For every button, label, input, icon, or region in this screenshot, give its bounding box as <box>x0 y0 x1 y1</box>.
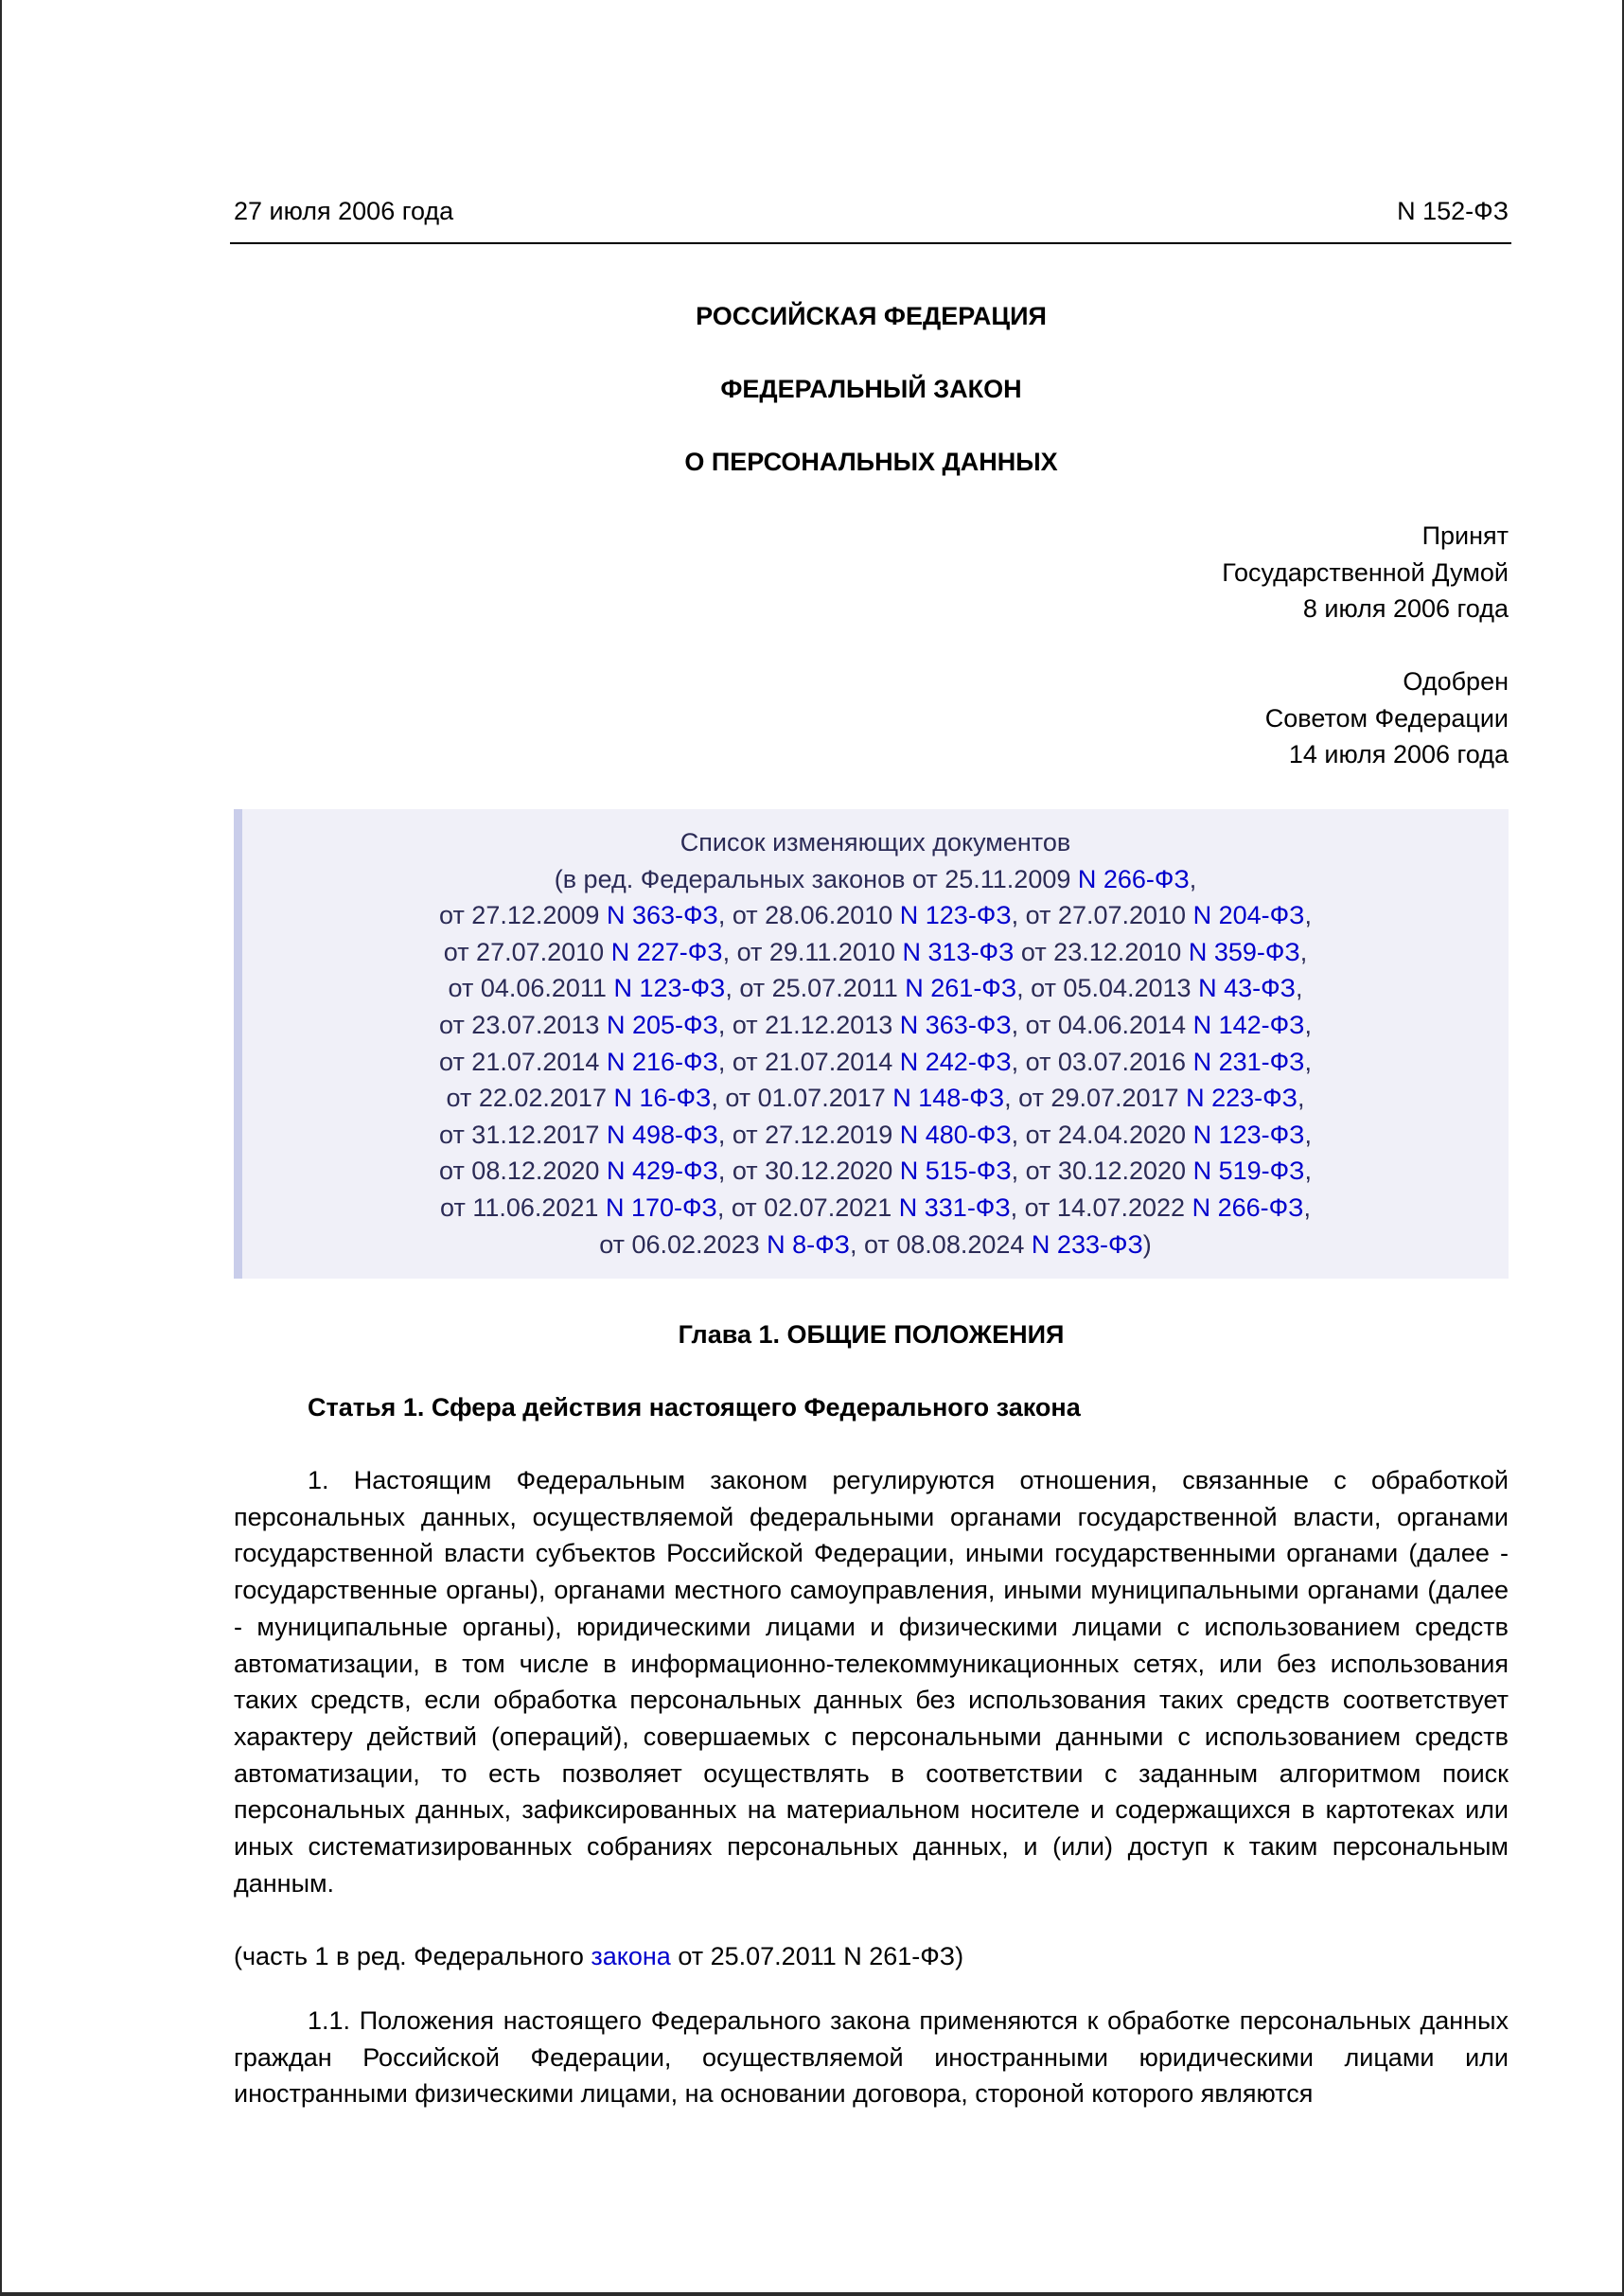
amendments-text: , <box>1297 1084 1305 1112</box>
amending-law-link[interactable]: N 331-ФЗ <box>899 1193 1011 1222</box>
amending-law-link[interactable]: N 266-ФЗ <box>1078 865 1190 893</box>
amendments-text: , от 25.07.2011 <box>725 974 905 1002</box>
amendments-line: от 04.06.2011 N 123-ФЗ, от 25.07.2011 N … <box>242 970 1509 1007</box>
amendments-text: , от 03.07.2016 <box>1012 1048 1193 1076</box>
amendments-text: , от 01.07.2017 <box>711 1084 892 1112</box>
amending-law-link[interactable]: N 123-ФЗ <box>1193 1121 1305 1149</box>
amendments-text: от 04.06.2011 <box>449 974 614 1002</box>
amendments-text: , от 02.07.2021 <box>717 1193 899 1222</box>
approved-by-council: Одобрен Советом Федерации 14 июля 2006 г… <box>234 663 1509 773</box>
article-heading: Статья 1. Сфера действия настоящего Феде… <box>308 1388 1081 1426</box>
note-text: (часть 1 в ред. Федерального <box>234 1942 591 1970</box>
paragraph-1-edit-note: (часть 1 в ред. Федерального закона от 2… <box>234 1938 1509 1975</box>
amending-law-link[interactable]: N 43-ФЗ <box>1198 974 1296 1002</box>
amendments-text: , от 29.07.2017 <box>1004 1084 1186 1112</box>
amending-law-link[interactable]: N 359-ФЗ <box>1189 938 1300 966</box>
amendments-text: , от 14.07.2022 <box>1011 1193 1192 1222</box>
amending-law-link[interactable]: N 363-ФЗ <box>607 901 718 929</box>
law-date: 27 июля 2006 года <box>234 192 453 230</box>
amending-law-link[interactable]: N 515-ФЗ <box>900 1157 1012 1185</box>
amendments-text: , от 28.06.2010 <box>718 901 900 929</box>
amendments-text: , <box>1304 901 1312 929</box>
amendments-text: , от 29.11.2010 <box>723 938 903 966</box>
amendments-line: от 22.02.2017 N 16-ФЗ, от 01.07.2017 N 1… <box>242 1080 1509 1117</box>
amending-law-link[interactable]: N 216-ФЗ <box>607 1048 718 1076</box>
chapter-heading: Глава 1. ОБЩИЕ ПОЛОЖЕНИЯ <box>234 1316 1509 1353</box>
amending-law-link[interactable]: N 170-ФЗ <box>606 1193 717 1222</box>
amendments-text: , <box>1303 1193 1311 1222</box>
amendments-text: от 22.02.2017 <box>447 1084 614 1112</box>
amending-law-link[interactable]: N 266-ФЗ <box>1192 1193 1304 1222</box>
amendments-text: , от 21.07.2014 <box>718 1048 900 1076</box>
amendments-text: , от 30.12.2020 <box>718 1157 900 1185</box>
approved-body: Советом Федерации <box>234 700 1509 737</box>
amendments-text: , от 27.12.2019 <box>718 1121 900 1149</box>
amendments-line: от 31.12.2017 N 498-ФЗ, от 27.12.2019 N … <box>242 1117 1509 1154</box>
amending-law-link[interactable]: N 242-ФЗ <box>900 1048 1012 1076</box>
amendments-text: , от 05.04.2013 <box>1016 974 1198 1002</box>
adopted-date: 8 июля 2006 года <box>234 591 1509 627</box>
amendments-text: от 08.12.2020 <box>439 1157 607 1185</box>
amending-law-link[interactable]: N 231-ФЗ <box>1193 1048 1305 1076</box>
amending-law-link[interactable]: N 313-ФЗ <box>903 938 1015 966</box>
amending-law-link[interactable]: N 223-ФЗ <box>1186 1084 1297 1112</box>
amendments-text: от 27.12.2009 <box>439 901 607 929</box>
amendments-text: , от 24.04.2020 <box>1012 1121 1193 1149</box>
amendments-text: от 31.12.2017 <box>439 1121 607 1149</box>
adopted-label: Принят <box>234 518 1509 555</box>
amendments-text: ) <box>1143 1230 1152 1259</box>
amendments-text: , <box>1304 1121 1312 1149</box>
note-text: от 25.07.2011 N 261-ФЗ) <box>671 1942 963 1970</box>
amendments-text: от 06.02.2023 <box>599 1230 767 1259</box>
amendments-line: от 11.06.2021 N 170-ФЗ, от 02.07.2021 N … <box>242 1190 1509 1227</box>
amendments-text: от 23.07.2013 <box>439 1011 607 1039</box>
amendments-text: , <box>1300 938 1308 966</box>
amendments-text: (в ред. Федеральных законов от 25.11.200… <box>555 865 1078 893</box>
amendments-text: , от 30.12.2020 <box>1012 1157 1193 1185</box>
amending-law-link[interactable]: N 142-ФЗ <box>1193 1011 1305 1039</box>
amendments-box: Список изменяющих документов (в ред. Фед… <box>234 809 1509 1279</box>
amending-law-link[interactable]: N 233-ФЗ <box>1032 1230 1143 1259</box>
amendments-line: от 08.12.2020 N 429-ФЗ, от 30.12.2020 N … <box>242 1153 1509 1190</box>
amendments-text: , <box>1304 1157 1312 1185</box>
approved-label: Одобрен <box>234 663 1509 700</box>
adopted-body: Государственной Думой <box>234 555 1509 592</box>
amending-law-link[interactable]: N 8-ФЗ <box>767 1230 850 1259</box>
amending-law-link[interactable]: N 261-ФЗ <box>905 974 1016 1002</box>
law-link[interactable]: закона <box>591 1942 670 1970</box>
amending-law-link[interactable]: N 123-ФЗ <box>900 901 1012 929</box>
document-header: 27 июля 2006 года N 152-ФЗ <box>234 192 1509 230</box>
amending-law-link[interactable]: N 498-ФЗ <box>607 1121 718 1149</box>
law-number: N 152-ФЗ <box>1397 192 1509 230</box>
amending-law-link[interactable]: N 519-ФЗ <box>1193 1157 1305 1185</box>
amendments-line: (в ред. Федеральных законов от 25.11.200… <box>242 861 1509 898</box>
amendments-text: , <box>1304 1011 1312 1039</box>
amendments-text: от 23.12.2010 <box>1014 938 1188 966</box>
amending-law-link[interactable]: N 205-ФЗ <box>607 1011 718 1039</box>
header-divider <box>230 242 1511 244</box>
title-country: РОССИЙСКАЯ ФЕДЕРАЦИЯ <box>234 297 1509 335</box>
amending-law-link[interactable]: N 16-ФЗ <box>613 1084 711 1112</box>
amendments-list: (в ред. Федеральных законов от 25.11.200… <box>242 861 1509 1263</box>
amendments-text: , от 27.07.2010 <box>1012 901 1193 929</box>
amendments-line: от 21.07.2014 N 216-ФЗ, от 21.07.2014 N … <box>242 1044 1509 1081</box>
approved-date: 14 июля 2006 года <box>234 736 1509 773</box>
amending-law-link[interactable]: N 480-ФЗ <box>900 1121 1012 1149</box>
amendments-line: от 27.12.2009 N 363-ФЗ, от 28.06.2010 N … <box>242 897 1509 934</box>
title-doc-name: О ПЕРСОНАЛЬНЫХ ДАННЫХ <box>234 443 1509 481</box>
amendments-heading: Список изменяющих документов <box>242 824 1509 861</box>
amendments-text: от 11.06.2021 <box>440 1193 606 1222</box>
paragraph-1-1: 1.1. Положения настоящего Федерального з… <box>234 2003 1509 2112</box>
amendments-text: от 21.07.2014 <box>439 1048 607 1076</box>
amendments-line: от 27.07.2010 N 227-ФЗ, от 29.11.2010 N … <box>242 934 1509 971</box>
amending-law-link[interactable]: N 227-ФЗ <box>611 938 723 966</box>
amendments-text: , от 08.08.2024 <box>850 1230 1032 1259</box>
amending-law-link[interactable]: N 429-ФЗ <box>607 1157 718 1185</box>
amending-law-link[interactable]: N 123-ФЗ <box>613 974 725 1002</box>
amendments-text: , <box>1296 974 1303 1002</box>
amending-law-link[interactable]: N 148-ФЗ <box>892 1084 1004 1112</box>
amendments-text: , от 21.12.2013 <box>718 1011 900 1039</box>
amendments-text: , <box>1190 865 1197 893</box>
amendments-line: от 23.07.2013 N 205-ФЗ, от 21.12.2013 N … <box>242 1007 1509 1044</box>
page: 27 июля 2006 года N 152-ФЗ РОССИЙСКАЯ ФЕ… <box>0 0 1624 2296</box>
adopted-by-duma: Принят Государственной Думой 8 июля 2006… <box>234 518 1509 627</box>
amendments-line: от 06.02.2023 N 8-ФЗ, от 08.08.2024 N 23… <box>242 1227 1509 1263</box>
amendments-text: , от 04.06.2014 <box>1012 1011 1193 1039</box>
amending-law-link[interactable]: N 204-ФЗ <box>1193 901 1305 929</box>
amending-law-link[interactable]: N 363-ФЗ <box>900 1011 1012 1039</box>
title-doc-type: ФЕДЕРАЛЬНЫЙ ЗАКОН <box>234 370 1509 408</box>
amendments-text: от 27.07.2010 <box>444 938 611 966</box>
paragraph-1: 1. Настоящим Федеральным законом регулир… <box>234 1462 1509 1901</box>
amendments-text: , <box>1304 1048 1312 1076</box>
